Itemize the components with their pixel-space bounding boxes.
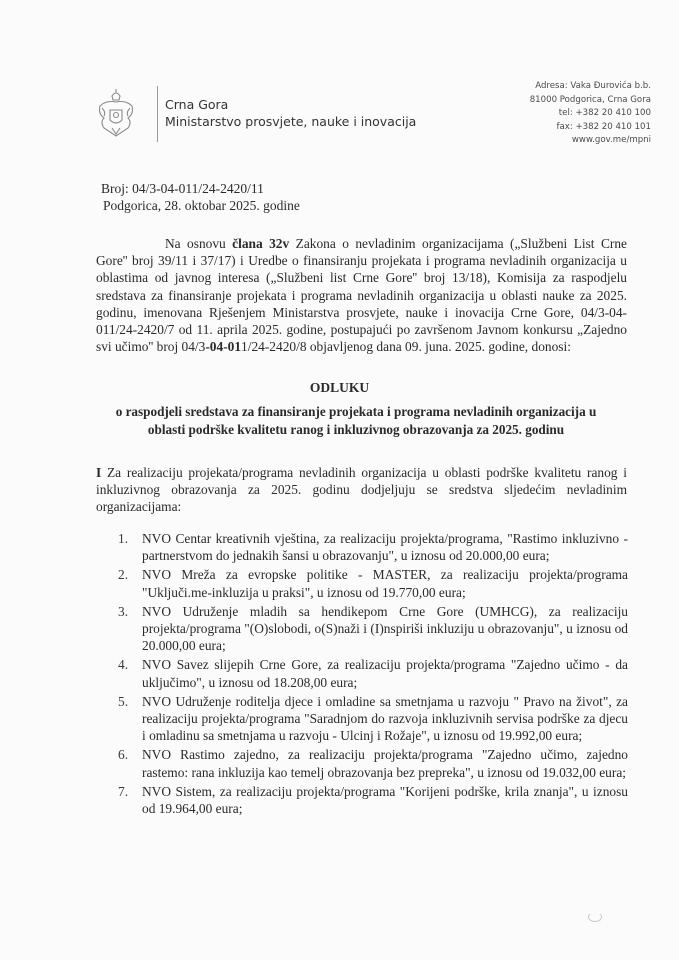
scan-mark bbox=[588, 912, 602, 922]
item-number: 5. bbox=[118, 693, 128, 710]
header-divider bbox=[157, 86, 158, 142]
item-number: 1. bbox=[118, 530, 128, 547]
item-number: 6. bbox=[118, 746, 128, 763]
section-1-text: Za realizaciju projekata/programa nevlad… bbox=[96, 465, 627, 514]
contact-block: Adresa: Vaka Đurovića b.b. 81000 Podgori… bbox=[530, 80, 651, 148]
item-number: 7. bbox=[118, 783, 128, 800]
item-text: NVO Udruženje mladih sa hendikepom Crne … bbox=[142, 604, 628, 653]
document-date: Podgorica, 28. oktobar 2025. godine bbox=[101, 197, 300, 214]
item-number: 2. bbox=[118, 566, 128, 583]
allocation-item: 7.NVO Sistem, za realizaciju projekta/pr… bbox=[118, 783, 628, 817]
intro-text-3: 1/24-2420/8 objavljenog dana 09. juna. 2… bbox=[241, 339, 571, 354]
allocation-item: 4.NVO Savez slijepih Crne Gore, za reali… bbox=[118, 656, 628, 690]
intro-article-ref: člana 32v bbox=[232, 236, 289, 251]
document-number: Broj: 04/3-04-011/24-2420/11 bbox=[101, 180, 300, 197]
intro-text-1: Na osnovu bbox=[165, 236, 232, 251]
country-name: Crna Gora bbox=[165, 96, 416, 113]
decision-title: ODLUKU bbox=[0, 380, 679, 396]
item-number: 3. bbox=[118, 603, 128, 620]
intro-ref-bold: -04-01 bbox=[205, 339, 241, 354]
decision-subtitle: o raspodjeli sredstava za finansiranje p… bbox=[100, 403, 612, 438]
item-number: 4. bbox=[118, 656, 128, 673]
item-text: NVO Centar kreativnih vještina, za reali… bbox=[142, 531, 628, 563]
contact-address: Adresa: Vaka Đurovića b.b. bbox=[530, 80, 651, 94]
item-text: NVO Savez slijepih Crne Gore, za realiza… bbox=[142, 657, 628, 689]
document-meta: Broj: 04/3-04-011/24-2420/11 Podgorica, … bbox=[101, 180, 300, 214]
item-text: NVO Rastimo zajedno, za realizaciju proj… bbox=[142, 747, 628, 779]
contact-phone: tel: +382 20 410 100 bbox=[530, 107, 651, 121]
document-page: Crna Gora Ministarstvo prosvjete, nauke … bbox=[0, 0, 679, 960]
allocation-item: 5.NVO Udruženje roditelja djece i omladi… bbox=[118, 693, 628, 745]
item-text: NVO Sistem, za realizaciju projekta/prog… bbox=[142, 784, 628, 816]
intro-paragraph: Na osnovu člana 32v Zakona o nevladinim … bbox=[96, 235, 627, 355]
coat-of-arms-icon bbox=[96, 88, 136, 140]
contact-website: www.gov.me/mpni bbox=[530, 134, 651, 148]
allocation-item: 1.NVO Centar kreativnih vještina, za rea… bbox=[118, 530, 628, 564]
intro-text-2: Zakona o nevladinim organizacijama („Slu… bbox=[96, 236, 627, 354]
contact-fax: fax: +382 20 410 101 bbox=[530, 121, 651, 135]
issuer-block: Crna Gora Ministarstvo prosvjete, nauke … bbox=[165, 96, 416, 130]
contact-city: 81000 Podgorica, Crna Gora bbox=[530, 94, 651, 108]
item-text: NVO Mreža za evropske politike - MASTER,… bbox=[142, 567, 628, 599]
item-text: NVO Udruženje roditelja djece i omladine… bbox=[142, 694, 628, 743]
allocation-item: 3.NVO Udruženje mladih sa hendikepom Crn… bbox=[118, 603, 628, 655]
allocation-list: 1.NVO Centar kreativnih vještina, za rea… bbox=[118, 530, 628, 819]
section-1-paragraph: I Za realizaciju projekata/programa nevl… bbox=[96, 464, 627, 516]
allocation-item: 6.NVO Rastimo zajedno, za realizaciju pr… bbox=[118, 746, 628, 780]
allocation-item: 2.NVO Mreža za evropske politike - MASTE… bbox=[118, 566, 628, 600]
ministry-name: Ministarstvo prosvjete, nauke i inovacij… bbox=[165, 113, 416, 130]
